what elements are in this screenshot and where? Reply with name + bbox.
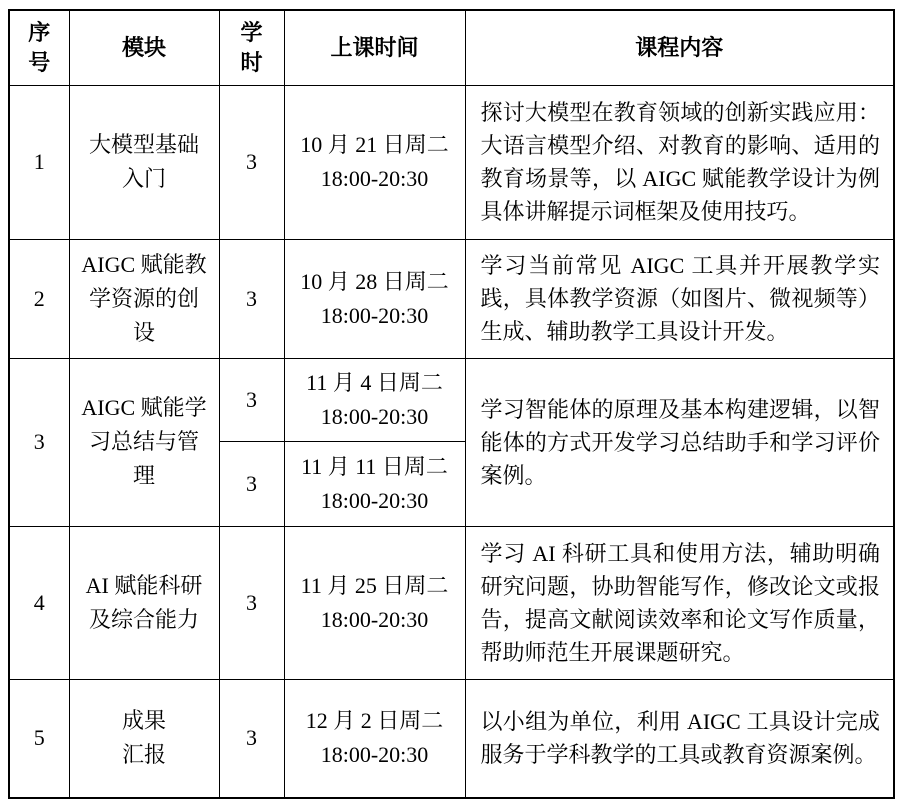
col-header-time: 上课时间 — [284, 10, 465, 85]
time-cell: 10 月 28 日周二 18:00-20:30 — [284, 239, 465, 358]
table-row: 5 成果 汇报 3 12 月 2 日周二 18:00-20:30 以小组为单位，… — [9, 679, 894, 798]
module-cell: 成果 汇报 — [69, 679, 219, 798]
time-cell: 11 月 4 日周二 18:00-20:30 — [284, 358, 465, 441]
course-schedule-table: 序 号 模块 学 时 上课时间 课程内容 1 大模型基础 入门 3 10 月 2… — [8, 9, 895, 799]
col-header-content: 课程内容 — [465, 10, 894, 85]
hours-cell: 3 — [219, 239, 284, 358]
content-cell: 以小组为单位，利用 AIGC 工具设计完成服务于学科教学的工具或教育资源案例。 — [465, 679, 894, 798]
col-header-module: 模块 — [69, 10, 219, 85]
hours-cell: 3 — [219, 358, 284, 441]
row-no: 1 — [9, 85, 69, 239]
module-cell: AIGC 赋能教 学资源的创 设 — [69, 239, 219, 358]
time-cell: 10 月 21 日周二 18:00-20:30 — [284, 85, 465, 239]
hours-cell: 3 — [219, 85, 284, 239]
table-row: 3 AIGC 赋能学 习总结与管 理 3 11 月 4 日周二 18:00-20… — [9, 358, 894, 441]
hours-cell: 3 — [219, 441, 284, 526]
content-cell: 探讨大模型在教育领域的创新实践应用：大语言模型介绍、对教育的影响、适用的教育场景… — [465, 85, 894, 239]
col-header-hours: 学 时 — [219, 10, 284, 85]
time-cell: 11 月 11 日周二 18:00-20:30 — [284, 441, 465, 526]
course-schedule-page: 序 号 模块 学 时 上课时间 课程内容 1 大模型基础 入门 3 10 月 2… — [0, 0, 901, 806]
time-cell: 11 月 25 日周二 18:00-20:30 — [284, 526, 465, 679]
row-no: 4 — [9, 526, 69, 679]
col-header-no: 序 号 — [9, 10, 69, 85]
table-row: 4 AI 赋能科研 及综合能力 3 11 月 25 日周二 18:00-20:3… — [9, 526, 894, 679]
content-cell: 学习智能体的原理及基本构建逻辑，以智能体的方式开发学习总结助手和学习评价案例。 — [465, 358, 894, 526]
row-no: 3 — [9, 358, 69, 526]
row-no: 5 — [9, 679, 69, 798]
module-cell: AI 赋能科研 及综合能力 — [69, 526, 219, 679]
row-no: 2 — [9, 239, 69, 358]
hours-cell: 3 — [219, 526, 284, 679]
content-cell: 学习当前常见 AIGC 工具并开展教学实践，具体教学资源（如图片、微视频等）生成… — [465, 239, 894, 358]
content-cell: 学习 AI 科研工具和使用方法，辅助明确研究问题，协助智能写作，修改论文或报告，… — [465, 526, 894, 679]
table-row: 2 AIGC 赋能教 学资源的创 设 3 10 月 28 日周二 18:00-2… — [9, 239, 894, 358]
hours-cell: 3 — [219, 679, 284, 798]
time-cell: 12 月 2 日周二 18:00-20:30 — [284, 679, 465, 798]
module-cell: 大模型基础 入门 — [69, 85, 219, 239]
module-cell: AIGC 赋能学 习总结与管 理 — [69, 358, 219, 526]
header-row: 序 号 模块 学 时 上课时间 课程内容 — [9, 10, 894, 85]
table-row: 1 大模型基础 入门 3 10 月 21 日周二 18:00-20:30 探讨大… — [9, 85, 894, 239]
